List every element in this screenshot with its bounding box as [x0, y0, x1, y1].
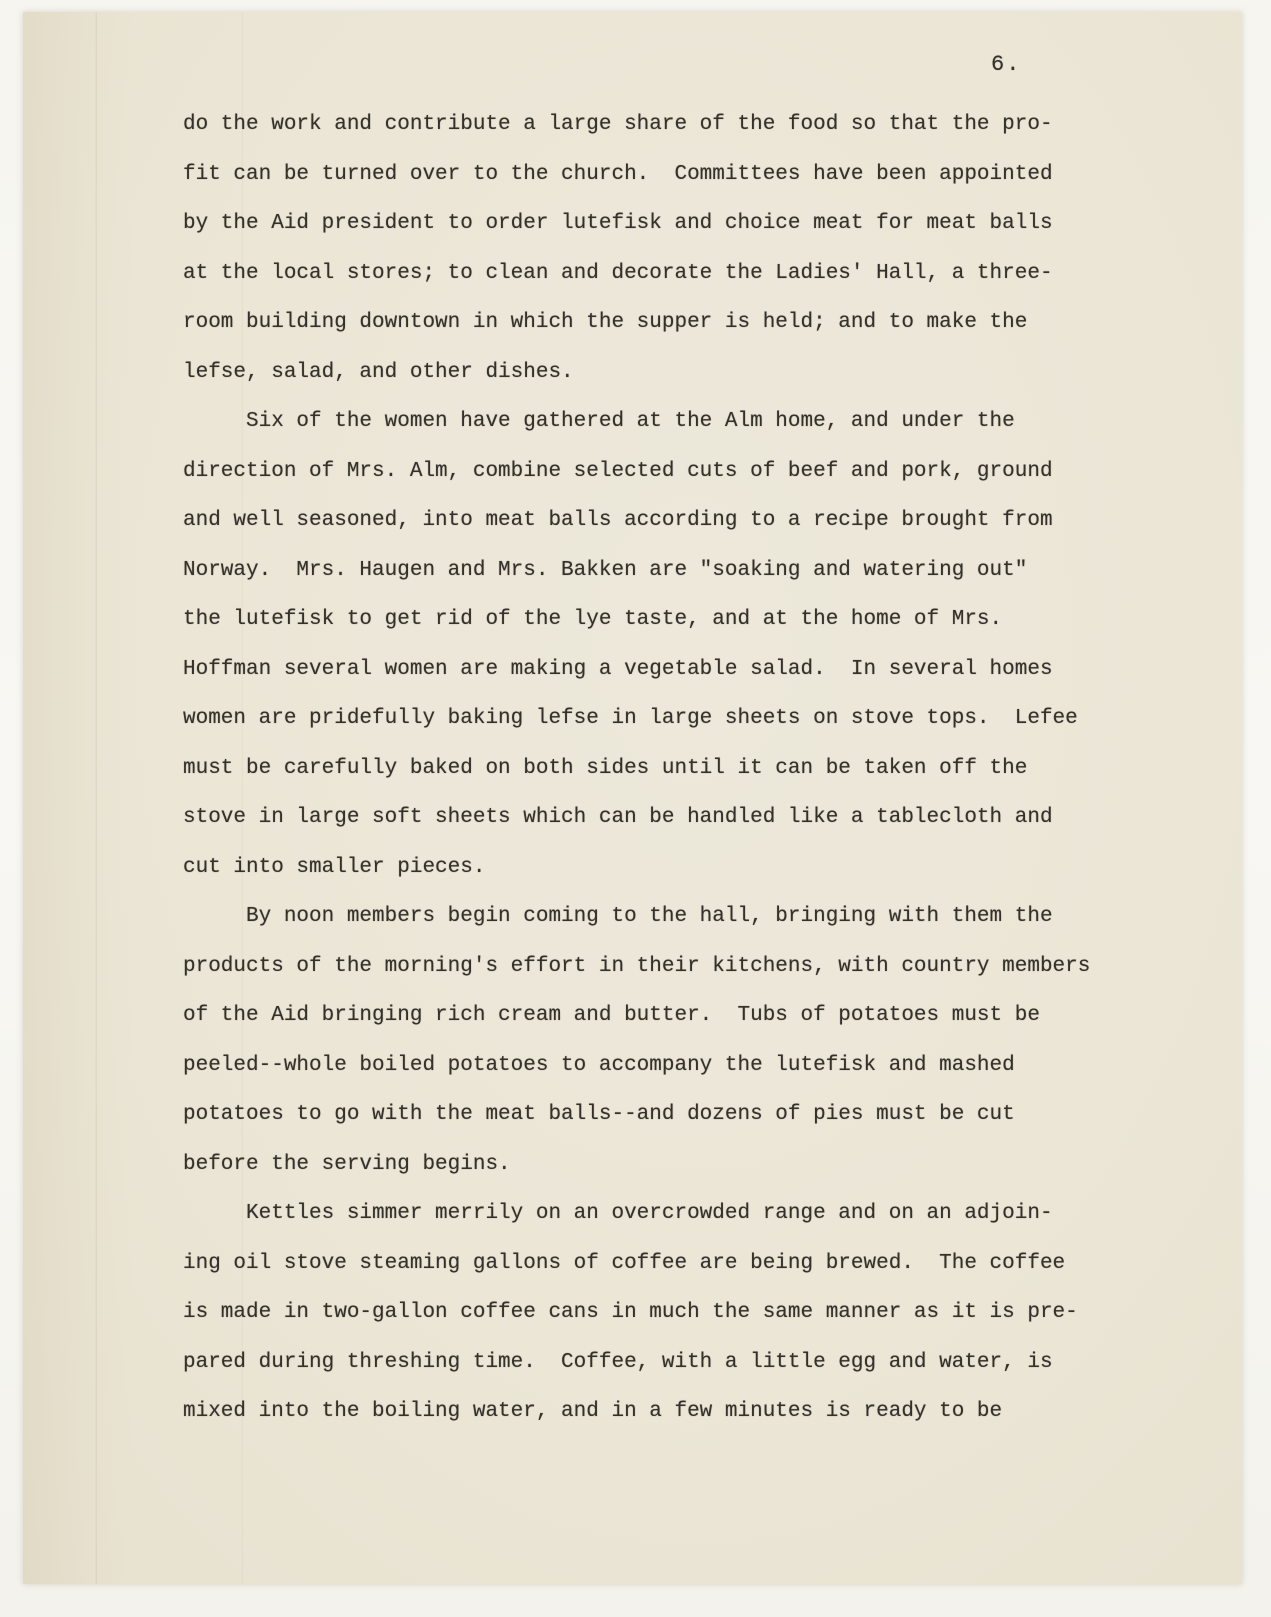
text-line: women are pridefully baking lefse in lar… [183, 694, 1123, 744]
text-line: the lutefisk to get rid of the lye taste… [183, 595, 1123, 645]
text-line: by the Aid president to order lutefisk a… [183, 199, 1123, 249]
text-line: lefse, salad, and other dishes. [183, 348, 1123, 398]
page-number: 6. [991, 52, 1021, 77]
text-line: fit can be turned over to the church. Co… [183, 150, 1123, 200]
text-line: must be carefully baked on both sides un… [183, 744, 1123, 794]
scan-background: 6. do the work and contribute a large sh… [0, 0, 1271, 1617]
text-line: at the local stores; to clean and decora… [183, 249, 1123, 299]
text-line: Kettles simmer merrily on an overcrowded… [183, 1189, 1123, 1239]
text-line: potatoes to go with the meat balls--and … [183, 1090, 1123, 1140]
text-line: stove in large soft sheets which can be … [183, 793, 1123, 843]
text-line: before the serving begins. [183, 1140, 1123, 1190]
text-line: By noon members begin coming to the hall… [183, 892, 1123, 942]
text-line: direction of Mrs. Alm, combine selected … [183, 447, 1123, 497]
text-line: ing oil stove steaming gallons of coffee… [183, 1239, 1123, 1289]
text-line: cut into smaller pieces. [183, 843, 1123, 893]
text-line: Norway. Mrs. Haugen and Mrs. Bakken are … [183, 546, 1123, 596]
text-line: do the work and contribute a large share… [183, 100, 1123, 150]
text-line: products of the morning's effort in thei… [183, 942, 1123, 992]
text-line: is made in two-gallon coffee cans in muc… [183, 1288, 1123, 1338]
text-line: of the Aid bringing rich cream and butte… [183, 991, 1123, 1041]
text-line: mixed into the boiling water, and in a f… [183, 1387, 1123, 1437]
paper-crease [95, 12, 98, 1584]
text-line: peeled--whole boiled potatoes to accompa… [183, 1041, 1123, 1091]
text-line: pared during threshing time. Coffee, wit… [183, 1338, 1123, 1388]
text-line: room building downtown in which the supp… [183, 298, 1123, 348]
document-page: 6. do the work and contribute a large sh… [23, 12, 1242, 1584]
text-line: Six of the women have gathered at the Al… [183, 397, 1123, 447]
text-line: and well seasoned, into meat balls accor… [183, 496, 1123, 546]
text-line: Hoffman several women are making a veget… [183, 645, 1123, 695]
document-text: do the work and contribute a large share… [183, 100, 1123, 1437]
